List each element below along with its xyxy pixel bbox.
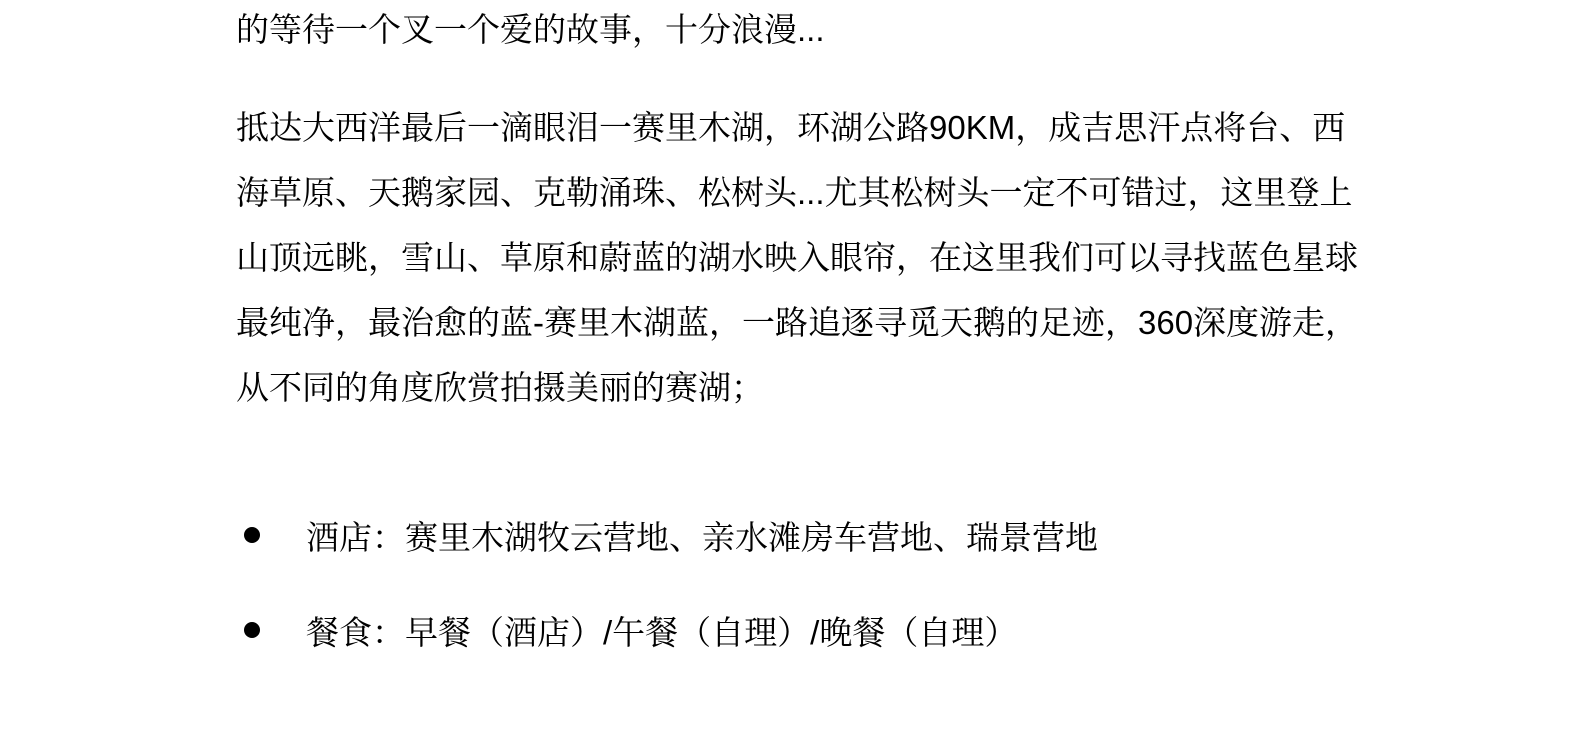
list-item-meals: 餐食：早餐（酒店）/午餐（自理）/晚餐（自理） bbox=[236, 605, 1346, 655]
bullet-list: 酒店：赛里木湖牧云营地、亲水滩房车营地、瑞景营地 餐食：早餐（酒店）/午餐（自理… bbox=[236, 510, 1346, 655]
document-page: 的等待一个叉一个爱的故事，十分浪漫... 抵达大西洋最后一滴眼泪一赛里木湖，环湖… bbox=[0, 0, 1588, 746]
paragraph-line: 抵达大西洋最后一滴眼泪一赛里木湖，环湖公路90KM，成吉思汗点将台、西 bbox=[236, 95, 1346, 160]
bullet-circle-icon bbox=[244, 527, 260, 543]
paragraph-line: 山顶远眺，雪山、草原和蔚蓝的湖水映入眼帘，在这里我们可以寻找蓝色星球 bbox=[236, 225, 1346, 290]
hotel-info-text: 酒店：赛里木湖牧云营地、亲水滩房车营地、瑞景营地 bbox=[306, 512, 1098, 559]
itinerary-paragraph: 抵达大西洋最后一滴眼泪一赛里木湖，环湖公路90KM，成吉思汗点将台、西 海草原、… bbox=[236, 95, 1346, 420]
document-content: 的等待一个叉一个爱的故事，十分浪漫... 抵达大西洋最后一滴眼泪一赛里木湖，环湖… bbox=[0, 0, 1346, 655]
paragraph-line: 从不同的角度欣赏拍摄美丽的赛湖； bbox=[236, 355, 1346, 420]
paragraph-line: 海草原、天鹅家园、克勒涌珠、松树头...尤其松树头一定不可错过，这里登上 bbox=[236, 160, 1346, 225]
meals-info-text: 餐食：早餐（酒店）/午餐（自理）/晚餐（自理） bbox=[306, 607, 1017, 654]
bullet-circle-icon bbox=[244, 622, 260, 638]
paragraph-tail-line: 的等待一个叉一个爱的故事，十分浪漫... bbox=[236, 0, 1346, 62]
list-item-hotel: 酒店：赛里木湖牧云营地、亲水滩房车营地、瑞景营地 bbox=[236, 510, 1346, 560]
paragraph-line: 最纯净，最治愈的蓝-赛里木湖蓝，一路追逐寻觅天鹅的足迹，360深度游走， bbox=[236, 290, 1346, 355]
